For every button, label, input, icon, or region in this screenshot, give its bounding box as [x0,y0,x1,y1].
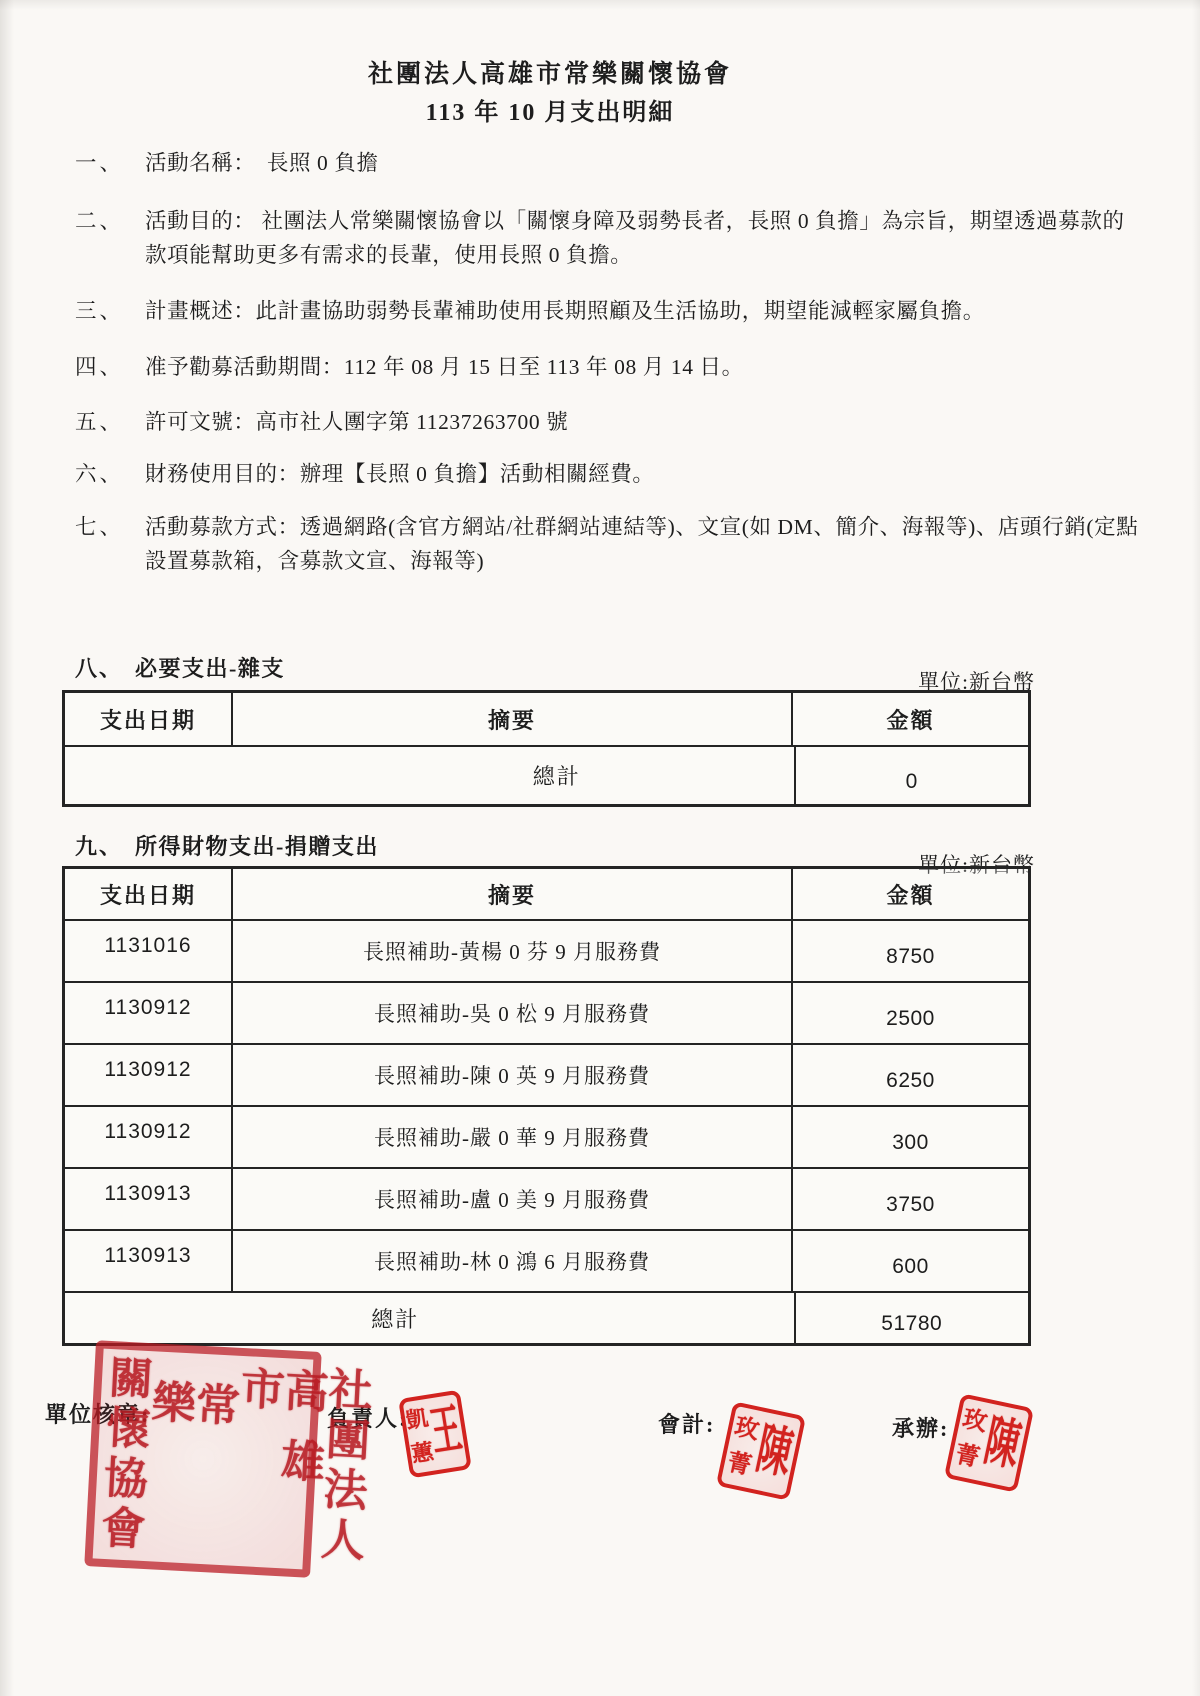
handler-label: 承辦: [892,1412,949,1443]
amount-cell: 600 [793,1231,1028,1291]
summary-cell: 長照補助-吳 0 松 9 月服務費 [233,983,793,1043]
table-row: 1130912 長照補助-嚴 0 華 9 月服務費 300 [65,1105,1028,1167]
section-number: 九、 [75,830,135,861]
numbered-item-1: 一、 活動名稱： 長照 0 負擔 [75,147,1144,181]
total-amount: 0 [796,747,1029,804]
amount-cell: 8750 [793,921,1028,981]
item-number: 五、 [75,406,145,440]
table-row: 1130912 長照補助-吳 0 松 9 月服務費 2500 [65,981,1028,1043]
item-text: 活動目的： 社團法人常樂關懷協會以「關懷身障及弱勢長者，長照 0 負擔」為宗旨，… [145,205,1144,272]
column-header-amount: 金額 [793,869,1028,919]
seal-column: 高雄市 [227,1361,325,1565]
summary-cell: 長照補助-盧 0 美 9 月服務費 [233,1169,793,1229]
column-header-summary: 摘要 [233,869,793,919]
numbered-item-6: 六、 財務使用目的：辦理【長照 0 負擔】活動相關經費。 [75,458,1144,492]
summary-cell: 長照補助-黃楊 0 芬 9 月服務費 [233,921,793,981]
table-row: 1130912 長照補助-陳 0 英 9 月服務費 6250 [65,1043,1028,1105]
amount-cell: 300 [793,1107,1028,1167]
item-number: 一、 [75,147,145,181]
document-page: 社團法人高雄市常樂關懷協會 113 年 10 月支出明細 一、 活動名稱： 長照… [0,0,1200,1696]
item-number: 三、 [75,295,145,329]
item-text: 活動募款方式：透過網路(含官方網站/社群網站連結等)、文宣(如 DM、簡介、海報… [145,511,1144,578]
item-number: 七、 [75,511,145,578]
misc-expense-table: 支出日期 摘要 金額 總計 0 [62,690,1031,807]
table-row: 1130913 長照補助-盧 0 美 9 月服務費 3750 [65,1167,1028,1229]
item-number: 二、 [75,205,145,272]
document-subtitle: 113 年 10 月支出明細 [0,92,1100,127]
item-number: 六、 [75,458,145,492]
table-header-row: 支出日期 摘要 金額 [65,693,1028,745]
date-cell: 1130913 [65,1169,233,1229]
column-header-date: 支出日期 [65,869,233,919]
total-amount: 51780 [796,1293,1029,1343]
amount-cell: 3750 [793,1169,1028,1229]
column-header-summary: 摘要 [233,693,793,745]
document-title: 社團法人高雄市常樂關懷協會 [0,54,1100,90]
date-cell: 1130912 [65,1107,233,1167]
summary-cell: 長照補助-林 0 鴻 6 月服務費 [233,1231,793,1291]
amount-cell: 2500 [793,983,1028,1043]
numbered-item-7: 七、 活動募款方式：透過網路(含官方網站/社群網站連結等)、文宣(如 DM、簡介… [75,511,1144,578]
donation-expense-table: 支出日期 摘要 金額 1131016 長照補助-黃楊 0 芬 9 月服務費 87… [62,866,1031,1346]
accountant-seal-stamp: 陳 玫 菁 [716,1401,806,1501]
table-row: 1130913 長照補助-林 0 鴻 6 月服務費 600 [65,1229,1028,1291]
date-cell: 1130912 [65,1045,233,1105]
date-cell: 1131016 [65,921,233,981]
handler-seal-stamp: 陳 玫 菁 [944,1393,1034,1493]
seal-character: 菁 [725,1451,753,1479]
total-label: 總計 [65,747,796,804]
seal-character: 菁 [953,1443,981,1471]
item-text: 活動名稱： 長照 0 負擔 [145,147,1144,181]
table-row: 1131016 長照補助-黃楊 0 芬 9 月服務費 8750 [65,919,1028,981]
item-text: 財務使用目的：辦理【長照 0 負擔】活動相關經費。 [145,458,1144,492]
table-total-row: 總計 0 [65,745,1028,804]
summary-cell: 長照補助-嚴 0 華 9 月服務費 [233,1107,793,1167]
numbered-item-2: 二、 活動目的： 社團法人常樂關懷協會以「關懷身障及弱勢長者，長照 0 負擔」為… [75,205,1144,272]
numbered-item-5: 五、 許可文號：高市社人團字第 11237263700 號 [75,406,1144,440]
table-total-row: 總計 51780 [65,1291,1028,1343]
seal-character: 蕙 [410,1441,435,1466]
section-9-heading: 九、 所得財物支出-捐贈支出 [75,830,379,861]
section-number: 八、 [75,652,135,683]
seal-character: 玫 [733,1415,761,1443]
item-text: 計畫概述：此計畫協助弱勢長輩補助使用長期照顧及生活協助，期望能減輕家屬負擔。 [145,295,1144,329]
seal-column: 常樂 [139,1356,237,1560]
seal-character: 玫 [961,1407,989,1435]
numbered-item-4: 四、 准予勸募活動期間：112 年 08 月 15 日至 113 年 08 月 … [75,351,1144,385]
section-8-heading: 八、 必要支出-雜支 [75,652,285,683]
seal-column: 社團法人 [315,1365,369,1567]
manager-seal-stamp: 王 凱 蕙 [398,1390,472,1479]
section-title: 必要支出-雜支 [135,652,285,683]
date-cell: 1130913 [65,1231,233,1291]
numbered-item-3: 三、 計畫概述：此計畫協助弱勢長輩補助使用長期照顧及生活協助，期望能減輕家屬負擔… [75,295,1144,329]
seal-character: 凱 [405,1407,430,1432]
amount-cell: 6250 [793,1045,1028,1105]
item-number: 四、 [75,351,145,385]
column-header-amount: 金額 [793,693,1028,745]
accountant-label: 會計: [658,1408,715,1439]
column-header-date: 支出日期 [65,693,233,745]
item-text: 許可文號：高市社人團字第 11237263700 號 [145,406,1144,440]
organization-seal-stamp: 社團法人 高雄市 常樂 關懷協會 [84,1340,322,1578]
summary-cell: 長照補助-陳 0 英 9 月服務費 [233,1045,793,1105]
total-label: 總計 [65,1293,796,1343]
item-text: 准予勸募活動期間：112 年 08 月 15 日至 113 年 08 月 14 … [145,351,1144,385]
table-header-row: 支出日期 摘要 金額 [65,869,1028,919]
section-title: 所得財物支出-捐贈支出 [135,830,379,861]
date-cell: 1130912 [65,983,233,1043]
